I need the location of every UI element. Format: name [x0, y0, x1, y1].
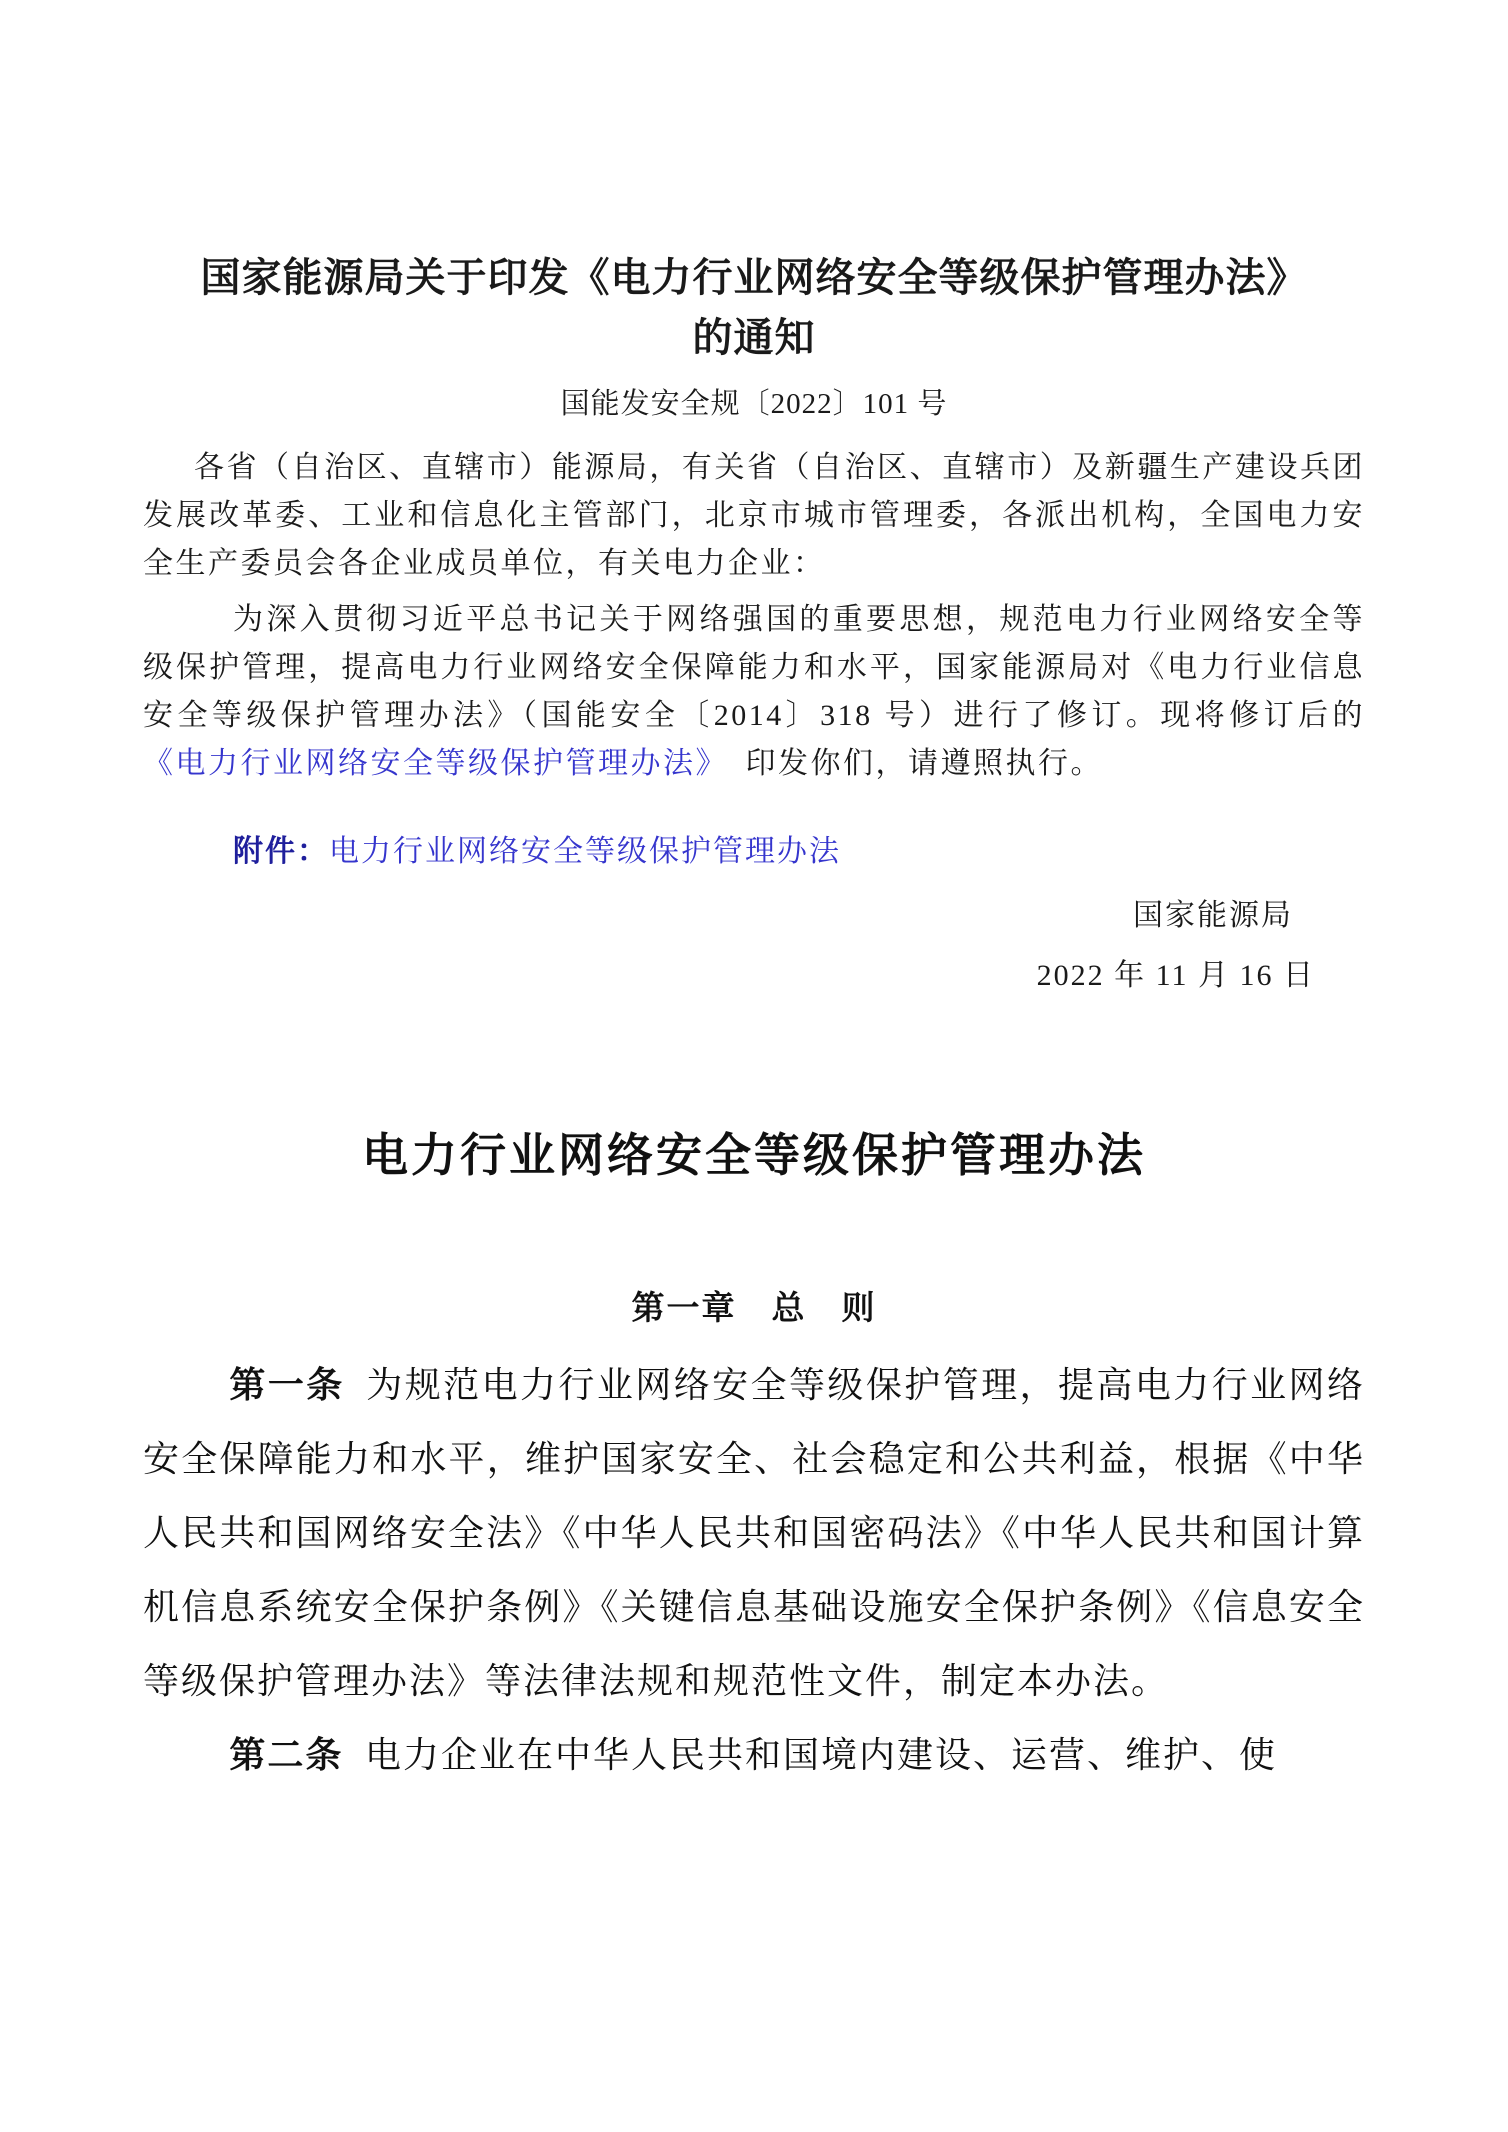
- notice-title-line2: 的通知: [143, 308, 1365, 368]
- notice-title-line1: 国家能源局关于印发《电力行业网络安全等级保护管理办法》: [143, 248, 1365, 308]
- doc-number: 国能发安全规〔2022〕101 号: [143, 382, 1365, 426]
- regulation-title: 电力行业网络安全等级保护管理办法: [143, 1125, 1365, 1185]
- notice-title: 国家能源局关于印发《电力行业网络安全等级保护管理办法》 的通知: [143, 248, 1365, 368]
- addressees-paragraph: 各省（自治区、直辖市）能源局，有关省（自治区、直辖市）及新疆生产建设兵团发展改革…: [143, 444, 1365, 588]
- article-1-text: 为规范电力行业网络安全等级保护管理，提高电力行业网络安全保障能力和水平，维护国家…: [143, 1364, 1365, 1701]
- article-1-paragraph: 第一条为规范电力行业网络安全等级保护管理，提高电力行业网络安全保障能力和水平，维…: [143, 1348, 1365, 1718]
- attachment-line: 附件：电力行业网络安全等级保护管理办法: [143, 828, 1365, 876]
- chapter-1-heading: 第一章 总 则: [143, 1285, 1365, 1331]
- notice-body-paragraph: 为深入贯彻习近平总书记关于网络强国的重要思想，规范电力行业网络安全等级保护管理，…: [143, 596, 1365, 788]
- regulation-section: 电力行业网络安全等级保护管理办法 第一章 总 则 第一条为规范电力行业网络安全等…: [143, 1125, 1365, 1792]
- article-2-text: 电力企业在中华人民共和国境内建设、运营、维护、使: [365, 1734, 1277, 1775]
- attachment-link[interactable]: 电力行业网络安全等级保护管理办法: [329, 835, 841, 868]
- article-2-label: 第二条: [229, 1734, 343, 1775]
- document-page: 国家能源局关于印发《电力行业网络安全等级保护管理办法》 的通知 国能发安全规〔2…: [0, 0, 1508, 2132]
- body-text-after-link: 印发你们，请遵照执行。: [713, 747, 1103, 780]
- attachment-label: 附件：: [233, 835, 329, 868]
- article-2-paragraph: 第二条电力企业在中华人民共和国境内建设、运营、维护、使: [143, 1718, 1365, 1792]
- notice-section: 国家能源局关于印发《电力行业网络安全等级保护管理办法》 的通知 国能发安全规〔2…: [143, 248, 1365, 1000]
- article-1-label: 第一条: [229, 1364, 344, 1405]
- body-text-before-link: 为深入贯彻习近平总书记关于网络强国的重要思想，规范电力行业网络安全等级保护管理，…: [143, 603, 1365, 732]
- issuer-name: 国家能源局: [143, 892, 1365, 940]
- regulation-inline-link[interactable]: 《电力行业网络安全等级保护管理办法》: [143, 747, 713, 780]
- issue-date: 2022 年 11 月 16 日: [143, 952, 1365, 1000]
- signature-block: 国家能源局 2022 年 11 月 16 日: [143, 892, 1365, 1000]
